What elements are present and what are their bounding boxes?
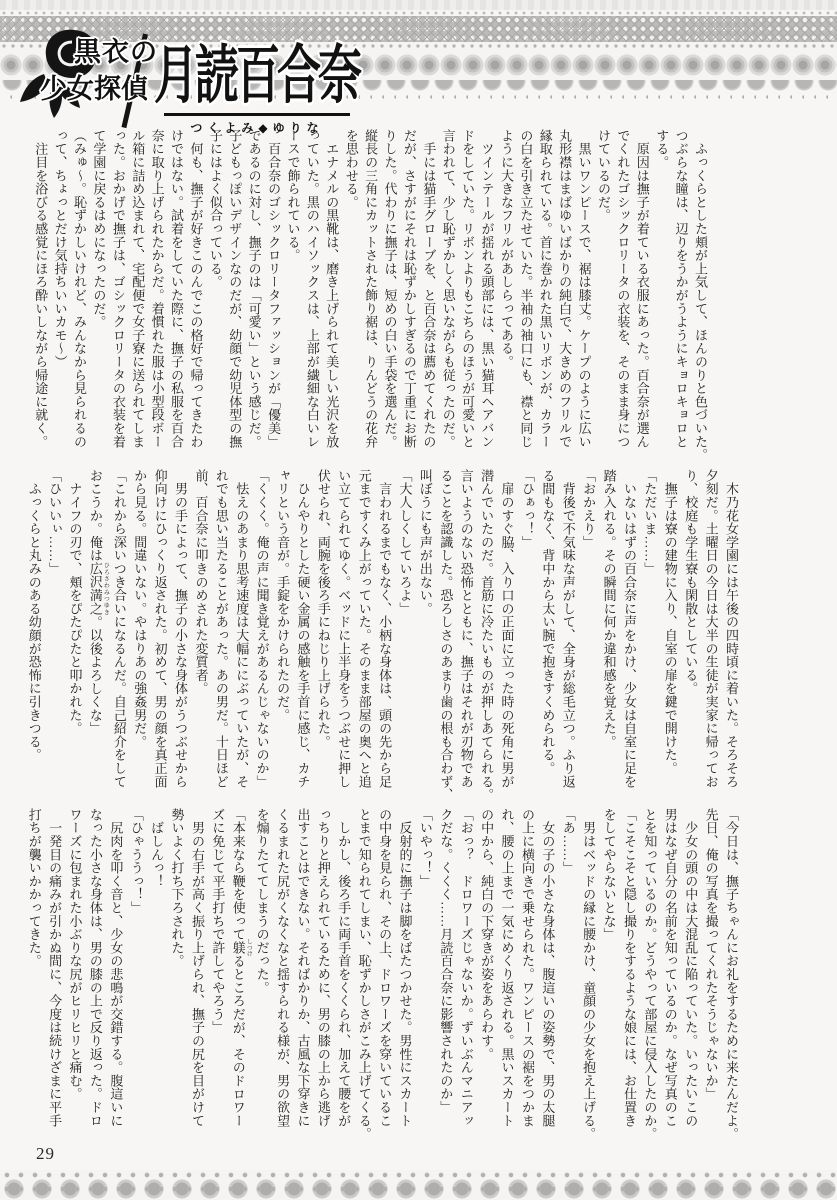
text-column: 元まですくみ上がっていた。そのまま部屋の奥へと追 xyxy=(353,469,373,803)
text-column: て学園に戻るはめになったのだ。 xyxy=(89,129,108,457)
text-column: 言われて、少し恥ずかしく思いながらも従ったのだ。 xyxy=(438,129,457,457)
text-column: の中から、純白の下穿きが姿をあらわす。 xyxy=(476,808,496,1148)
page-number: 29 xyxy=(36,1144,55,1164)
text-column: 前、百合奈に叩きのめされた変質者。 xyxy=(190,469,210,803)
series-title-line2: 少女探偵 xyxy=(40,67,148,106)
text-column: 潜んでいたのだ。首筋に冷たいものが押しあてられる。 xyxy=(476,469,496,803)
text-column: ることを認識した。恐ろしさのあまり歯の根も合わず、 xyxy=(435,469,455,803)
text-column: ズに免じて平手打ちで許してやろう」 xyxy=(207,808,227,1148)
text-column: 「ひゃううっ！」 xyxy=(125,808,145,1148)
text-column: 「ひいいぃ……」 xyxy=(44,469,64,803)
text-column: けているのだ。 xyxy=(594,129,613,457)
text-column: 背後で不気味な声がして、全身が総毛立つ。ふり返 xyxy=(557,469,577,803)
title-logo: 黒衣の 少女探偵 月読百合奈 つくよみ◆ゆりな xyxy=(14,18,354,126)
title-reading: つくよみ◆ゆりな xyxy=(164,113,350,136)
text-column: 男はベッドの縁に腰かけ、童顔の少女を抱え上げる。 xyxy=(578,808,598,1148)
lace-border-bottom xyxy=(0,1170,837,1200)
text-column: ャリという音が。手錠をかけられたのだ。 xyxy=(272,469,292,803)
text-column: 子どもっぽいデザインなのだが、幼顔で幼児体型の撫 xyxy=(225,129,244,457)
text-column: 言われるまでもなく、小柄な身体は、頭の先から足 xyxy=(374,469,394,803)
text-column: れでも思い当たることがあった。あの男だ。十日ほど xyxy=(210,469,230,803)
text-column: いないはずの百合奈に声をかけ、少女は自室に足を xyxy=(619,469,639,803)
text-column: っていた。黒のハイソックスは、上部が繊細な白いレ xyxy=(302,129,321,457)
text-column: 勢いよく打ち下ろされた。 xyxy=(166,808,186,1148)
text-column: 「これから深いつき合いになるんだ。自己紹介をして xyxy=(108,469,128,803)
text-column: 仰向けにひっくり返された。初めて、男の顔を真正面 xyxy=(149,469,169,803)
text-column: とを知っているのか。どうやって部屋に侵入したのか。 xyxy=(639,808,659,1148)
text-column: って、ちょっとだけ気持ちいいカモ～） xyxy=(50,129,69,457)
text-column: り、校庭も学生寮も閑散としている。 xyxy=(680,469,700,803)
text-column: でくれたゴシックロリータの衣装を、そのまま身につ xyxy=(613,129,632,457)
text-column: 「ただいま……」 xyxy=(639,469,659,803)
text-column: 「くくく。俺の声に聞き覚えがあるんじゃないのか」 xyxy=(251,469,271,803)
text-column: 木乃花女学園には午後の四時頃に着いた。そろそろ xyxy=(721,469,741,803)
text-column: 「本来なら鞭を使って躾しつけるところだが、そのドロワー xyxy=(227,808,251,1148)
text-column: 「あ……」 xyxy=(557,808,577,1148)
text-column: ツインテールが揺れる頭部には、黒い猫耳ヘアバン xyxy=(477,129,496,457)
text-column: 男の手によって、撫子の小さな身体がうつぶせから xyxy=(170,469,190,803)
text-column: だが、さすがにそれは恥ずかしすぎるので丁重にお断 xyxy=(400,129,419,457)
text-column: 注目を浴びる感覚にほろ酔いしながら帰途に就く。 xyxy=(31,129,50,457)
text-column: 丸形襟はまばゆいばかりの純白で、大きめのフリルで xyxy=(555,129,574,457)
text-column: ナイフの刃で、頬をぴたぴたと叩かれた。 xyxy=(64,469,84,803)
text-column: （みゅ～。恥ずかしいけれど、みんなから見られるの xyxy=(70,129,89,457)
text-column: の中身を見られ、その上、ドロワーズを穿いているこ xyxy=(374,808,394,1148)
text-column: ふっくらと丸みのある幼顔が恐怖に引きつる。 xyxy=(23,469,43,803)
text-column: 扉のすぐ脇、入り口の正面に立った時の死角に男が xyxy=(496,469,516,803)
text-column: 踏み入れる。その瞬間に何か違和感を覚えた。 xyxy=(598,469,618,803)
text-column: 言いようのない恐怖とともに、撫子はそれが刃物であ xyxy=(455,469,475,803)
text-column: 子にはよく似合っている。 xyxy=(205,129,224,457)
text-column: 黒いワンピースで、裾は膝丈。ケープのように広い xyxy=(574,129,593,457)
text-column: 尻肉を叩く音と、少女の悲鳴が交錯する。腹這いに xyxy=(105,808,125,1148)
text-column: ように大きなフリルがあしらってある。 xyxy=(497,129,516,457)
text-column: る間もなく、背中から太い腕で抱きすくめられる。 xyxy=(537,469,557,803)
text-column: ふっくらとした頬が上気して、ほんのりと色づいた。 xyxy=(691,129,710,457)
text-column: った。おかげで撫子は、ゴシックロリータの衣装を着 xyxy=(108,129,127,457)
text-column: 一発目の痛みが引かぬ間に、今度は続けざまに平手 xyxy=(44,808,64,1148)
text-column: 女の子の小さな身体は、腹這いの姿勢で、男の太腿 xyxy=(537,808,557,1148)
text-column: の上に横向きで乗せられた。ワンピースの裾をつかま xyxy=(517,808,537,1148)
text-column: 奈に取り上げられたからだ。着慣れた服は小型段ボー xyxy=(147,129,166,457)
text-column: する。 xyxy=(652,129,671,457)
main-title: 月読百合奈 xyxy=(154,23,359,116)
text-column: 反射的に撫子は脚をばたつかせた。男性にスカート xyxy=(394,808,414,1148)
text-column: 「おっ？ ドロワーズじゃないか。ずいぶんマニアッ xyxy=(455,808,475,1148)
text-column: 縦長の三角にカットされた飾り裾は、りんどうの花弁 xyxy=(361,129,380,457)
text-column: 怯えのあまり思考速度は大幅ににぶっていたが、そ xyxy=(231,469,251,803)
text-column: とまで知られてしまい、恥ずかしさがこみ上げてくる。 xyxy=(353,808,373,1148)
text-column: くるまれた尻がくなくなと揺すられる様が、男の欲望 xyxy=(272,808,292,1148)
text-column: 男の右手が高く振り上げられ、撫子の尻を目がけて xyxy=(187,808,207,1148)
text-column: エナメルの黒靴は、磨き上げられて美しい光沢を放 xyxy=(322,129,341,457)
text-column: 「おかえり」 xyxy=(578,469,598,803)
text-column: ひんやりとした硬い金属の感触を手首に感じ、カチ xyxy=(292,469,312,803)
text-column: 出すことはできない。そればかりか、古風な下穿きに xyxy=(292,808,312,1148)
text-column: 「大人しくしていろよ」 xyxy=(394,469,414,803)
book-page: 黒衣の 少女探偵 月読百合奈 つくよみ◆ゆりな ふっくらとした頬が上気して、ほん… xyxy=(0,0,837,1200)
lace-row xyxy=(0,0,837,10)
text-column: 百合奈のゴシックロリータファッションが「優美」 xyxy=(264,129,283,457)
text-column: 「ひぁっ！」 xyxy=(517,469,537,803)
text-column: ル箱に詰め込まれて、宅配便で女子寮に送られてしま xyxy=(128,129,147,457)
text-column: 手には猫手グローブを、と百合奈は薦めてくれたの xyxy=(419,129,438,457)
text-column: 縁取られている。首に巻かれた黒いリボンが、カラー xyxy=(535,129,554,457)
text-column: であるのに対し、撫子のは「可愛い」という感じだ。 xyxy=(244,129,263,457)
text-column: 男はなぜ自分の名前を知っているのか。なぜ写真のこ xyxy=(659,808,679,1148)
text-column: おこうか。俺は広沢満之ひろさわみつゆき。以後よろしくな」 xyxy=(85,469,109,803)
text-column: を思わせる。 xyxy=(341,129,360,457)
text-band-1: ふっくらとした頬が上気して、ほんのりと色づいた。つぶらな瞳は、辺りをうかがうよう… xyxy=(31,129,710,457)
text-column: 打ちが襲いかかってきた。 xyxy=(23,808,43,1148)
text-column: 夕刻だ。土曜日の今日は大半の生徒が実家に帰ってお xyxy=(700,469,720,803)
text-column: い立てられてゆく。ベッドに上半身をうつぶせに押し xyxy=(333,469,353,803)
text-column: をしてやらないとな」 xyxy=(598,808,618,1148)
text-column: ースで飾られている。 xyxy=(283,129,302,457)
text-column: れ、腰の上まで一気にめくり返される。黒いスカート xyxy=(496,808,516,1148)
text-column: 「いやっ！」 xyxy=(415,808,435,1148)
text-column: 先日、俺の写真を撮ってくれたそうじゃないか」 xyxy=(700,808,720,1148)
text-column: 何も、撫子が好きこのんでこの格好で帰ってきたわ xyxy=(186,129,205,457)
text-column: ばしんっ！ xyxy=(146,808,166,1148)
series-title-line1: 黒衣の xyxy=(74,30,158,69)
text-column: っちりと押えられているために、男の膝の上から逃げ xyxy=(312,808,332,1148)
text-band-2: 木乃花女学園には午後の四時頃に着いた。そろそろ夕刻だ。土曜日の今日は大半の生徒が… xyxy=(23,469,741,803)
text-column: ドをしていた。リボンよりもこちらのほうが可愛いと xyxy=(458,129,477,457)
text-column: クだな。くくく……月読百合奈に影響されたのか」 xyxy=(435,808,455,1148)
text-column: しかし、後ろ手に両手首をくくられ、加えて腰をが xyxy=(333,808,353,1148)
text-column: 原因は撫子が着ている衣服にあった。百合奈が選ん xyxy=(632,129,651,457)
text-column: の白を引き立たせていた。半袖の袖口にも、襟と同じ xyxy=(516,129,535,457)
text-column: なった小さな身体は、男の膝の上で反り返った。ドロ xyxy=(85,808,105,1148)
text-column: 撫子は寮の建物に入り、自室の扉を鍵で開けた。 xyxy=(659,469,679,803)
text-column: から見る。間違いない。やはりあの強姦男だ。 xyxy=(129,469,149,803)
text-column: 少女の頭の中は大混乱に陥っていた。いったいこの xyxy=(680,808,700,1148)
text-column: つぶらな瞳は、辺りをうかがうようにキョロキョロと xyxy=(671,129,690,457)
text-column: ワーズに包まれた小ぶりな尻がヒリヒリと痛む。 xyxy=(64,808,84,1148)
text-column: けではない。試着をしていた際に、撫子の私服を百合 xyxy=(167,129,186,457)
text-column: りした。代わりに撫子は、短めの白い手袋を選んだ。 xyxy=(380,129,399,457)
text-column: 叫ぼうにも声が出ない。 xyxy=(415,469,435,803)
text-column: 「今日は、撫子ちゃんにお礼をするために来たんだよ。 xyxy=(721,808,741,1148)
text-column: を煽りたててしまうのだった。 xyxy=(251,808,271,1148)
text-column: 伏せられ、両腕を後ろ手にねじり上げられた。 xyxy=(312,469,332,803)
text-band-3: 「今日は、撫子ちゃんにお礼をするために来たんだよ。先日、俺の写真を撮ってくれたそ… xyxy=(23,808,741,1148)
text-column: 「こそこそと隠し撮りをするような娘には、お仕置き xyxy=(619,808,639,1148)
